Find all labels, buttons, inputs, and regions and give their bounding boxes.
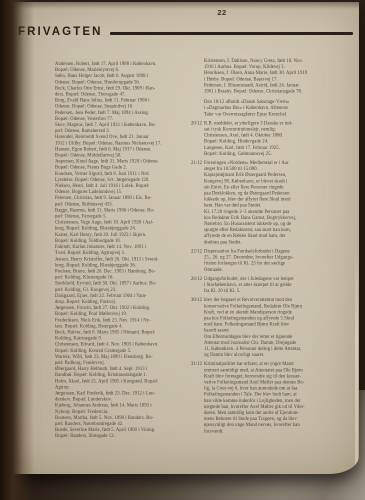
entry-date: 26/12	[191, 276, 204, 294]
dated-entry: 21/12 Foreningen »Nordens« Medlemstal er…	[191, 160, 338, 245]
register-entries-right: Kristensen, f. Dahlson, Nancy Greta, fød…	[204, 58, 338, 95]
dated-entry: 26/12 Udgangsforbudet, der i Juledagene …	[191, 276, 338, 294]
entry-text: Foreningen »Nordens« Medlemstal er i Aar…	[204, 160, 338, 245]
page-title: FRIVAGTEN	[18, 26, 103, 38]
dated-entry: 30/12 blev der begaaet et Revolverattent…	[191, 297, 338, 358]
dated-entry: 31/12 Kriminalpolitiet har erfaret, at e…	[191, 361, 338, 434]
entry-date: 20/12	[191, 120, 204, 157]
entry-date: 31/12	[191, 361, 204, 434]
scanned-page-photo: 22 FRIVAGTEN Andersen, Robert, født 17. …	[0, 0, 365, 500]
entry-text: blev der begaaet et Revolverattentat mod…	[204, 297, 338, 358]
page-number: 22	[210, 8, 234, 17]
entry-text: Kriminalpolitiet har erfaret, at en yngr…	[204, 361, 338, 434]
right-column: Kristensen, f. Dahlson, Nancy Greta, fød…	[204, 58, 338, 434]
dated-news-entries: 20/12 R.B. meddeler, at yderligere 3 Dan…	[204, 120, 338, 434]
page-header: FRIVAGTEN	[18, 26, 353, 38]
header-rule	[110, 32, 354, 35]
left-column: Andersen, Robert, født 17. April 1888 i …	[55, 61, 191, 439]
dated-entry: 22/12 Dispensation fra Færdselsforbudet …	[191, 248, 338, 272]
entry-date: 22/12	[191, 248, 204, 272]
dated-entry: 20/12 R.B. meddeler, at yderligere 3 Dan…	[191, 120, 338, 157]
entry-date: 30/12	[191, 297, 204, 358]
entry-text: Udgangsforbudet, der i Juledagene var le…	[204, 276, 338, 294]
entry-date: 21/12	[191, 160, 204, 245]
book-page: 22 FRIVAGTEN Andersen, Robert, født 17. …	[10, 2, 359, 474]
register-entries-left: Andersen, Robert, født 17. April 1888 i …	[55, 61, 191, 439]
news-intro-paragraph: Den 18/12 afholdt »Dansk Sabotage-Værn« …	[204, 99, 338, 117]
entry-text: Dispensation fra Færdselsforbudet i Dage…	[204, 248, 338, 272]
entry-text: R.B. meddeler, at yderligere 3 Danske er…	[204, 120, 338, 157]
